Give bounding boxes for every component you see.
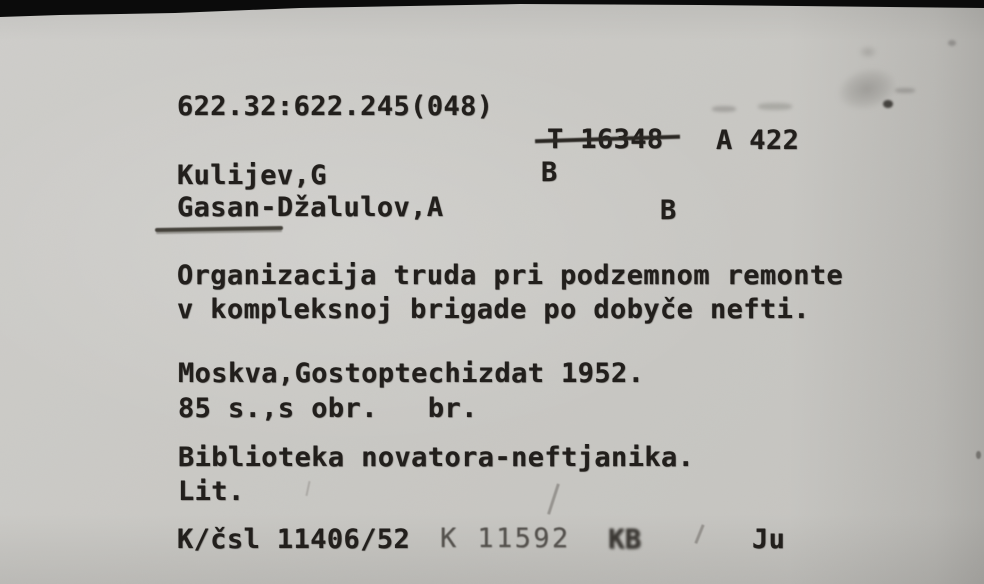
title-line-2: v kompleksnoj brigade po dobyče nefti. <box>177 294 810 325</box>
classification-number: 622.32:622.245(048) <box>177 91 493 122</box>
imprint-line: Moskva,Gostoptechizdat 1952. <box>178 358 644 389</box>
footer-initials-stamp: KB <box>608 524 641 555</box>
footer-accession-code: K/čsl 11406/52 <box>177 524 410 555</box>
collation-line: 85 s.,s obr. br. <box>178 393 478 424</box>
author-1-mark: B <box>541 157 558 188</box>
footer-stamp-number: K 11592 <box>440 523 571 554</box>
shelfmark: A 422 <box>716 125 799 156</box>
catalog-card-scan: 622.32:622.245(048) T 16348 A 422 Kulije… <box>0 0 984 584</box>
author-1-name: Kulijev,G <box>177 160 327 191</box>
footer-cataloguer-initials: Ju <box>752 524 785 555</box>
title-line-1: Organizacija truda pri podzemnom remonte <box>177 260 843 291</box>
series-line: Biblioteka novatora-neftjanika. <box>178 442 694 473</box>
author-2-mark: B <box>660 195 677 226</box>
author-2-name: Gasan-Džalulov,A <box>177 192 444 223</box>
references-line: Lit. <box>178 476 245 507</box>
card-paper <box>0 0 984 584</box>
old-accession-number-crossed-out: T 16348 <box>547 124 664 155</box>
